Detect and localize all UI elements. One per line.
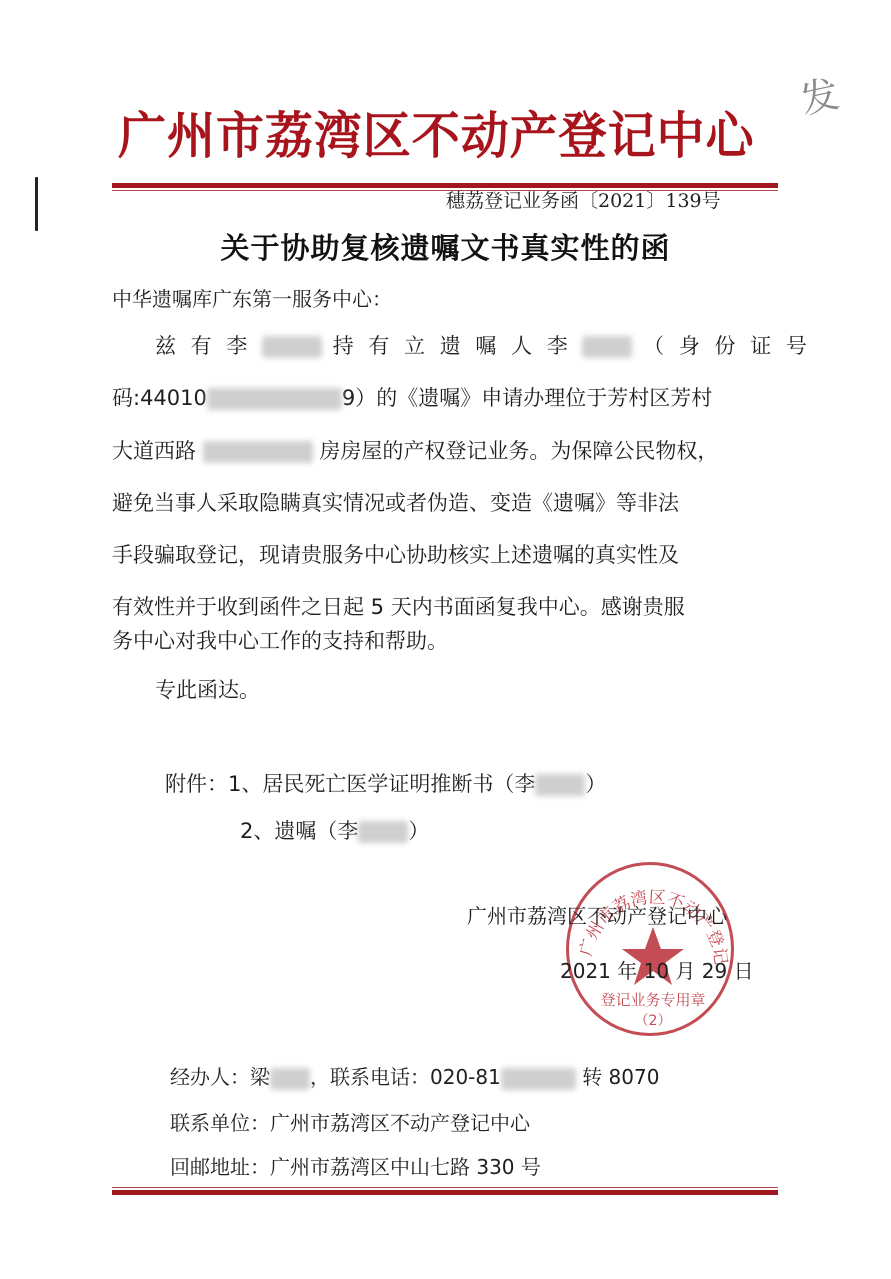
attachment-suffix: ） (408, 819, 429, 843)
redacted-name (535, 774, 585, 796)
attachment-number: 1、 (228, 772, 262, 796)
unit-label: 联系单位： (170, 1111, 270, 1135)
contact-unit: 联系单位：广州市荔湾区不动产登记中心 (170, 1109, 530, 1137)
body-line-7: 务中心对我中心工作的支持和帮助。 (112, 627, 448, 655)
redacted-name (262, 336, 322, 358)
body-line-6: 有效性并于收到函件之日起 5 天内书面函复我中心。感谢贵服 (112, 593, 685, 621)
attachment-2: 2、遗嘱（李） (240, 817, 429, 845)
signature-date: 2021 年 10 月 29 日 (560, 957, 754, 985)
closing: 专此函达。 (155, 676, 260, 704)
handwritten-mark: 发 (795, 63, 844, 125)
address-value: 广州市荔湾区中山七路 330 号 (270, 1155, 541, 1179)
body-text: 9）的《遗嘱》申请办理位于芳村区芳村 (342, 386, 712, 410)
body-line-5: 手段骗取登记，现请贵服务中心协助核实上述遗嘱的真实性及 (112, 541, 679, 569)
footer-rule-thin (112, 1187, 778, 1188)
attachment-1: 附件：1、居民死亡医学证明推断书（李） (165, 770, 606, 798)
seal-center-text: 登记业务专用章 (600, 991, 705, 1009)
attachment-suffix: ） (585, 772, 606, 796)
official-seal: 广州市荔湾区不动产登记中心 登记业务专用章 （2） (566, 862, 734, 1036)
body-text: 持 有 立 遗 嘱 人 李 (333, 334, 572, 358)
phone-label: ，联系电话：020-81 (310, 1065, 501, 1089)
signature-organization: 广州市荔湾区不动产登记中心 (467, 902, 727, 930)
redacted-id-number (207, 388, 342, 410)
margin-mark (35, 177, 38, 231)
seal-graphic: 广州市荔湾区不动产登记中心 登记业务专用章 （2） (569, 865, 737, 1039)
body-text: 码:44010 (112, 386, 207, 410)
redacted-name (358, 821, 408, 843)
body-text: 兹 有 李 (155, 334, 251, 358)
document-number: 穗荔登记业务函〔2021〕139号 (446, 188, 721, 214)
attachments-label: 附件： (165, 772, 228, 796)
letter-title: 关于协助复核遗嘱文书真实性的函 (0, 228, 891, 268)
footer-rule (112, 1190, 778, 1195)
attachment-text: 遗嘱（李 (274, 819, 358, 843)
body-text: （ 身 份 证 号 (643, 334, 811, 358)
letterhead-organization: 广州市荔湾区不动产登记中心 (118, 106, 752, 166)
contact-handler: 经办人：梁，联系电话：020-81 转 8070 (170, 1063, 659, 1091)
body-text: 房房屋的产权登记业务。为保障公民物权， (319, 439, 718, 463)
unit-value: 广州市荔湾区不动产登记中心 (270, 1111, 530, 1135)
phone-extension: 转 8070 (582, 1065, 659, 1089)
body-line-2: 码:440109）的《遗嘱》申请办理位于芳村区芳村 (112, 384, 712, 412)
address-label: 回邮地址： (170, 1155, 270, 1179)
redacted-name (582, 336, 632, 358)
body-text: 大道西路 (112, 439, 196, 463)
redacted-address (203, 441, 313, 463)
redacted-phone (501, 1068, 576, 1090)
redacted-name (270, 1068, 310, 1090)
body-line-4: 避免当事人采取隐瞒真实情况或者伪造、变造《遗嘱》等非法 (112, 489, 679, 517)
attachment-number: 2、 (240, 819, 274, 843)
body-line-3: 大道西路 房房屋的产权登记业务。为保障公民物权， (112, 437, 718, 465)
body-line-1: 兹 有 李 持 有 立 遗 嘱 人 李 （ 身 份 证 号 (155, 332, 811, 360)
handler-label: 经办人：梁 (170, 1065, 270, 1089)
recipient: 中华遗嘱库广东第一服务中心： (112, 285, 392, 313)
contact-address: 回邮地址：广州市荔湾区中山七路 330 号 (170, 1153, 541, 1181)
attachment-text: 居民死亡医学证明推断书（李 (262, 772, 535, 796)
seal-number: （2） (635, 1013, 672, 1029)
